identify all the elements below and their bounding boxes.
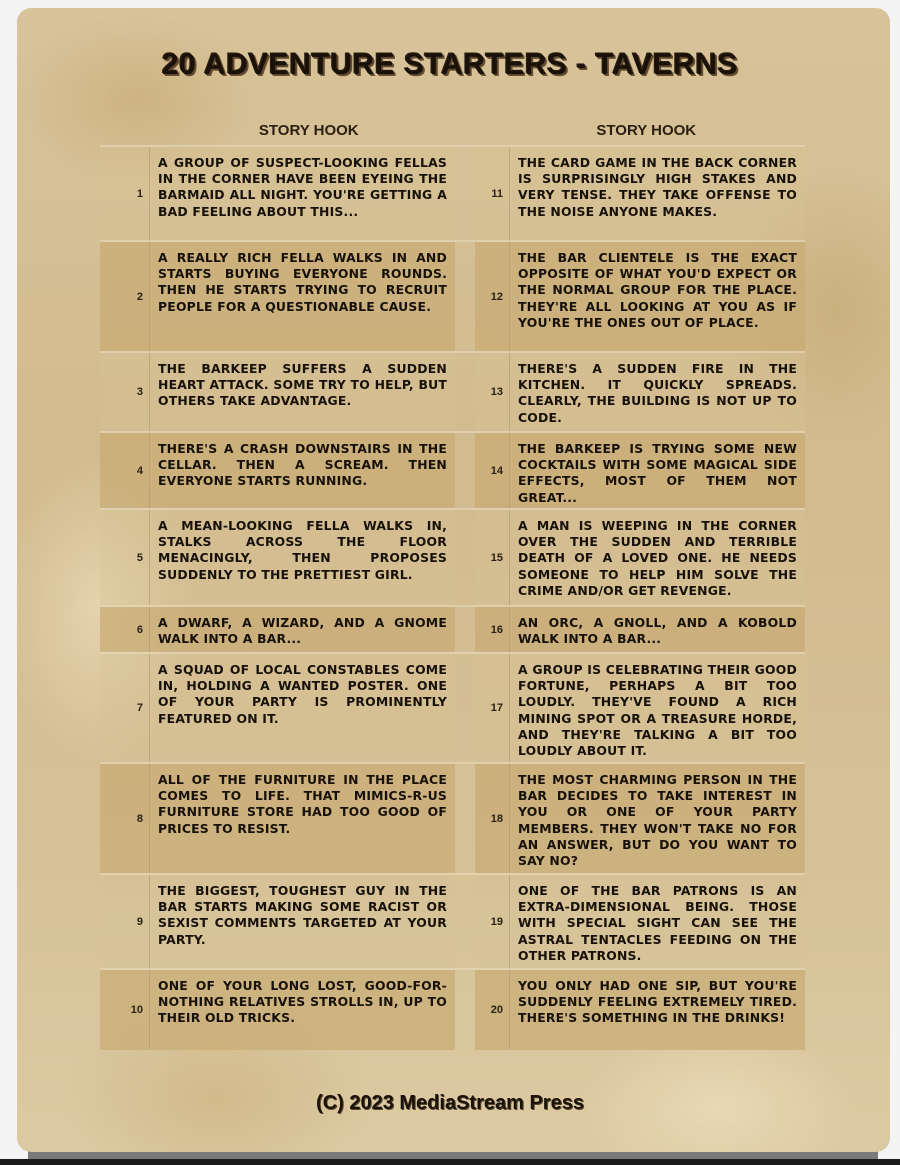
story-hook-cell: 8All of the furniture in the place comes… (100, 764, 455, 873)
hook-text: One of your long lost, good-for-nothing … (150, 970, 455, 1050)
hook-text: The card game in the back corner is surp… (510, 147, 805, 240)
hook-number: 18 (475, 764, 510, 873)
hook-text: The biggest, toughest guy in the bar sta… (150, 875, 455, 968)
hook-text: A mean-looking fella walks in, stalks ac… (150, 510, 455, 605)
column-gap (455, 764, 475, 873)
column-gap (455, 433, 475, 508)
column-gap (455, 147, 475, 240)
table-row: 2A really rich fella walks in and starts… (100, 240, 805, 351)
hook-text: All of the furniture in the place comes … (150, 764, 455, 873)
hook-number: 17 (475, 654, 510, 762)
story-hook-cell: 12The bar clientele is the exact opposit… (475, 242, 805, 351)
hook-text: A group of suspect-looking fellas in the… (150, 147, 455, 240)
page-title: 20 ADVENTURE STARTERS - TAVERNS (0, 48, 900, 82)
table-row: 6A dwarf, a wizard, and a gnome walk int… (100, 605, 805, 652)
column-gap (455, 242, 475, 351)
column-gap (455, 510, 475, 605)
hook-text: One of the bar patrons is an extra-dimen… (510, 875, 805, 968)
story-hook-cell: 19One of the bar patrons is an extra-dim… (475, 875, 805, 968)
hook-number: 3 (100, 353, 150, 431)
column-header-left: STORY HOOK (100, 115, 468, 145)
hook-text: The bar clientele is the exact opposite … (510, 242, 805, 351)
column-gap (455, 875, 475, 968)
hook-text: The barkeep is trying some new cocktails… (510, 433, 805, 508)
table-row: 3The barkeep suffers a sudden heart atta… (100, 351, 805, 431)
hook-number: 2 (100, 242, 150, 351)
hook-number: 6 (100, 607, 150, 652)
column-gap (455, 353, 475, 431)
table-row: 8All of the furniture in the place comes… (100, 762, 805, 873)
hook-text: A man is weeping in the corner over the … (510, 510, 805, 605)
table-row: 10One of your long lost, good-for-nothin… (100, 968, 805, 1050)
story-hook-cell: 14The barkeep is trying some new cocktai… (475, 433, 805, 508)
hook-number: 11 (475, 147, 510, 240)
column-gap (455, 970, 475, 1050)
hook-number: 5 (100, 510, 150, 605)
hook-text: A group is celebrating their good fortun… (510, 654, 805, 762)
hook-number: 8 (100, 764, 150, 873)
hook-text: There's a crash downstairs in the cellar… (150, 433, 455, 508)
hook-number: 7 (100, 654, 150, 762)
hook-number: 19 (475, 875, 510, 968)
column-gap (455, 607, 475, 652)
table-row: 1A group of suspect-looking fellas in th… (100, 145, 805, 240)
story-hook-cell: 10One of your long lost, good-for-nothin… (100, 970, 455, 1050)
hook-text: There's a sudden fire in the kitchen. It… (510, 353, 805, 431)
hook-number: 10 (100, 970, 150, 1050)
story-hook-cell: 18The most charming person in the bar de… (475, 764, 805, 873)
hook-text: An orc, a gnoll, and a kobold walk into … (510, 607, 805, 652)
table-header: STORY HOOK STORY HOOK (100, 115, 805, 145)
table-row: 5A mean-looking fella walks in, stalks a… (100, 508, 805, 605)
story-hook-cell: 20You only had one sip, but you're sudde… (475, 970, 805, 1050)
hook-text: You only had one sip, but you're suddenl… (510, 970, 805, 1050)
column-header-right: STORY HOOK (468, 115, 806, 145)
hook-number: 12 (475, 242, 510, 351)
hook-text: A really rich fella walks in and starts … (150, 242, 455, 351)
hook-text: A squad of local constables come in, hol… (150, 654, 455, 762)
story-hook-cell: 5A mean-looking fella walks in, stalks a… (100, 510, 455, 605)
hook-number: 14 (475, 433, 510, 508)
story-hook-cell: 1A group of suspect-looking fellas in th… (100, 147, 455, 240)
column-gap (455, 654, 475, 762)
copyright-footer: (C) 2023 MediaStream Press (0, 1092, 900, 1115)
hook-number: 15 (475, 510, 510, 605)
table-row: 7A squad of local constables come in, ho… (100, 652, 805, 762)
story-hook-cell: 15A man is weeping in the corner over th… (475, 510, 805, 605)
story-hook-cell: 6A dwarf, a wizard, and a gnome walk int… (100, 607, 455, 652)
table-row: 9The biggest, toughest guy in the bar st… (100, 873, 805, 968)
hook-text: The most charming person in the bar deci… (510, 764, 805, 873)
story-hook-cell: 7A squad of local constables come in, ho… (100, 654, 455, 762)
hook-number: 13 (475, 353, 510, 431)
hook-number: 4 (100, 433, 150, 508)
hook-number: 20 (475, 970, 510, 1050)
table-row: 4There's a crash downstairs in the cella… (100, 431, 805, 508)
hook-text: A dwarf, a wizard, and a gnome walk into… (150, 607, 455, 652)
story-hook-cell: 17A group is celebrating their good fort… (475, 654, 805, 762)
story-hook-cell: 2A really rich fella walks in and starts… (100, 242, 455, 351)
story-hook-cell: 3The barkeep suffers a sudden heart atta… (100, 353, 455, 431)
hook-text: The barkeep suffers a sudden heart attac… (150, 353, 455, 431)
story-hook-cell: 4There's a crash downstairs in the cella… (100, 433, 455, 508)
story-hook-cell: 11The card game in the back corner is su… (475, 147, 805, 240)
hook-number: 9 (100, 875, 150, 968)
story-hook-cell: 9The biggest, toughest guy in the bar st… (100, 875, 455, 968)
bottom-bar (0, 1159, 900, 1165)
story-hooks-table: STORY HOOK STORY HOOK 1A group of suspec… (100, 115, 805, 1050)
hook-number: 16 (475, 607, 510, 652)
hook-number: 1 (100, 147, 150, 240)
story-hook-cell: 16An orc, a gnoll, and a kobold walk int… (475, 607, 805, 652)
story-hook-cell: 13There's a sudden fire in the kitchen. … (475, 353, 805, 431)
table-body: 1A group of suspect-looking fellas in th… (100, 145, 805, 1050)
